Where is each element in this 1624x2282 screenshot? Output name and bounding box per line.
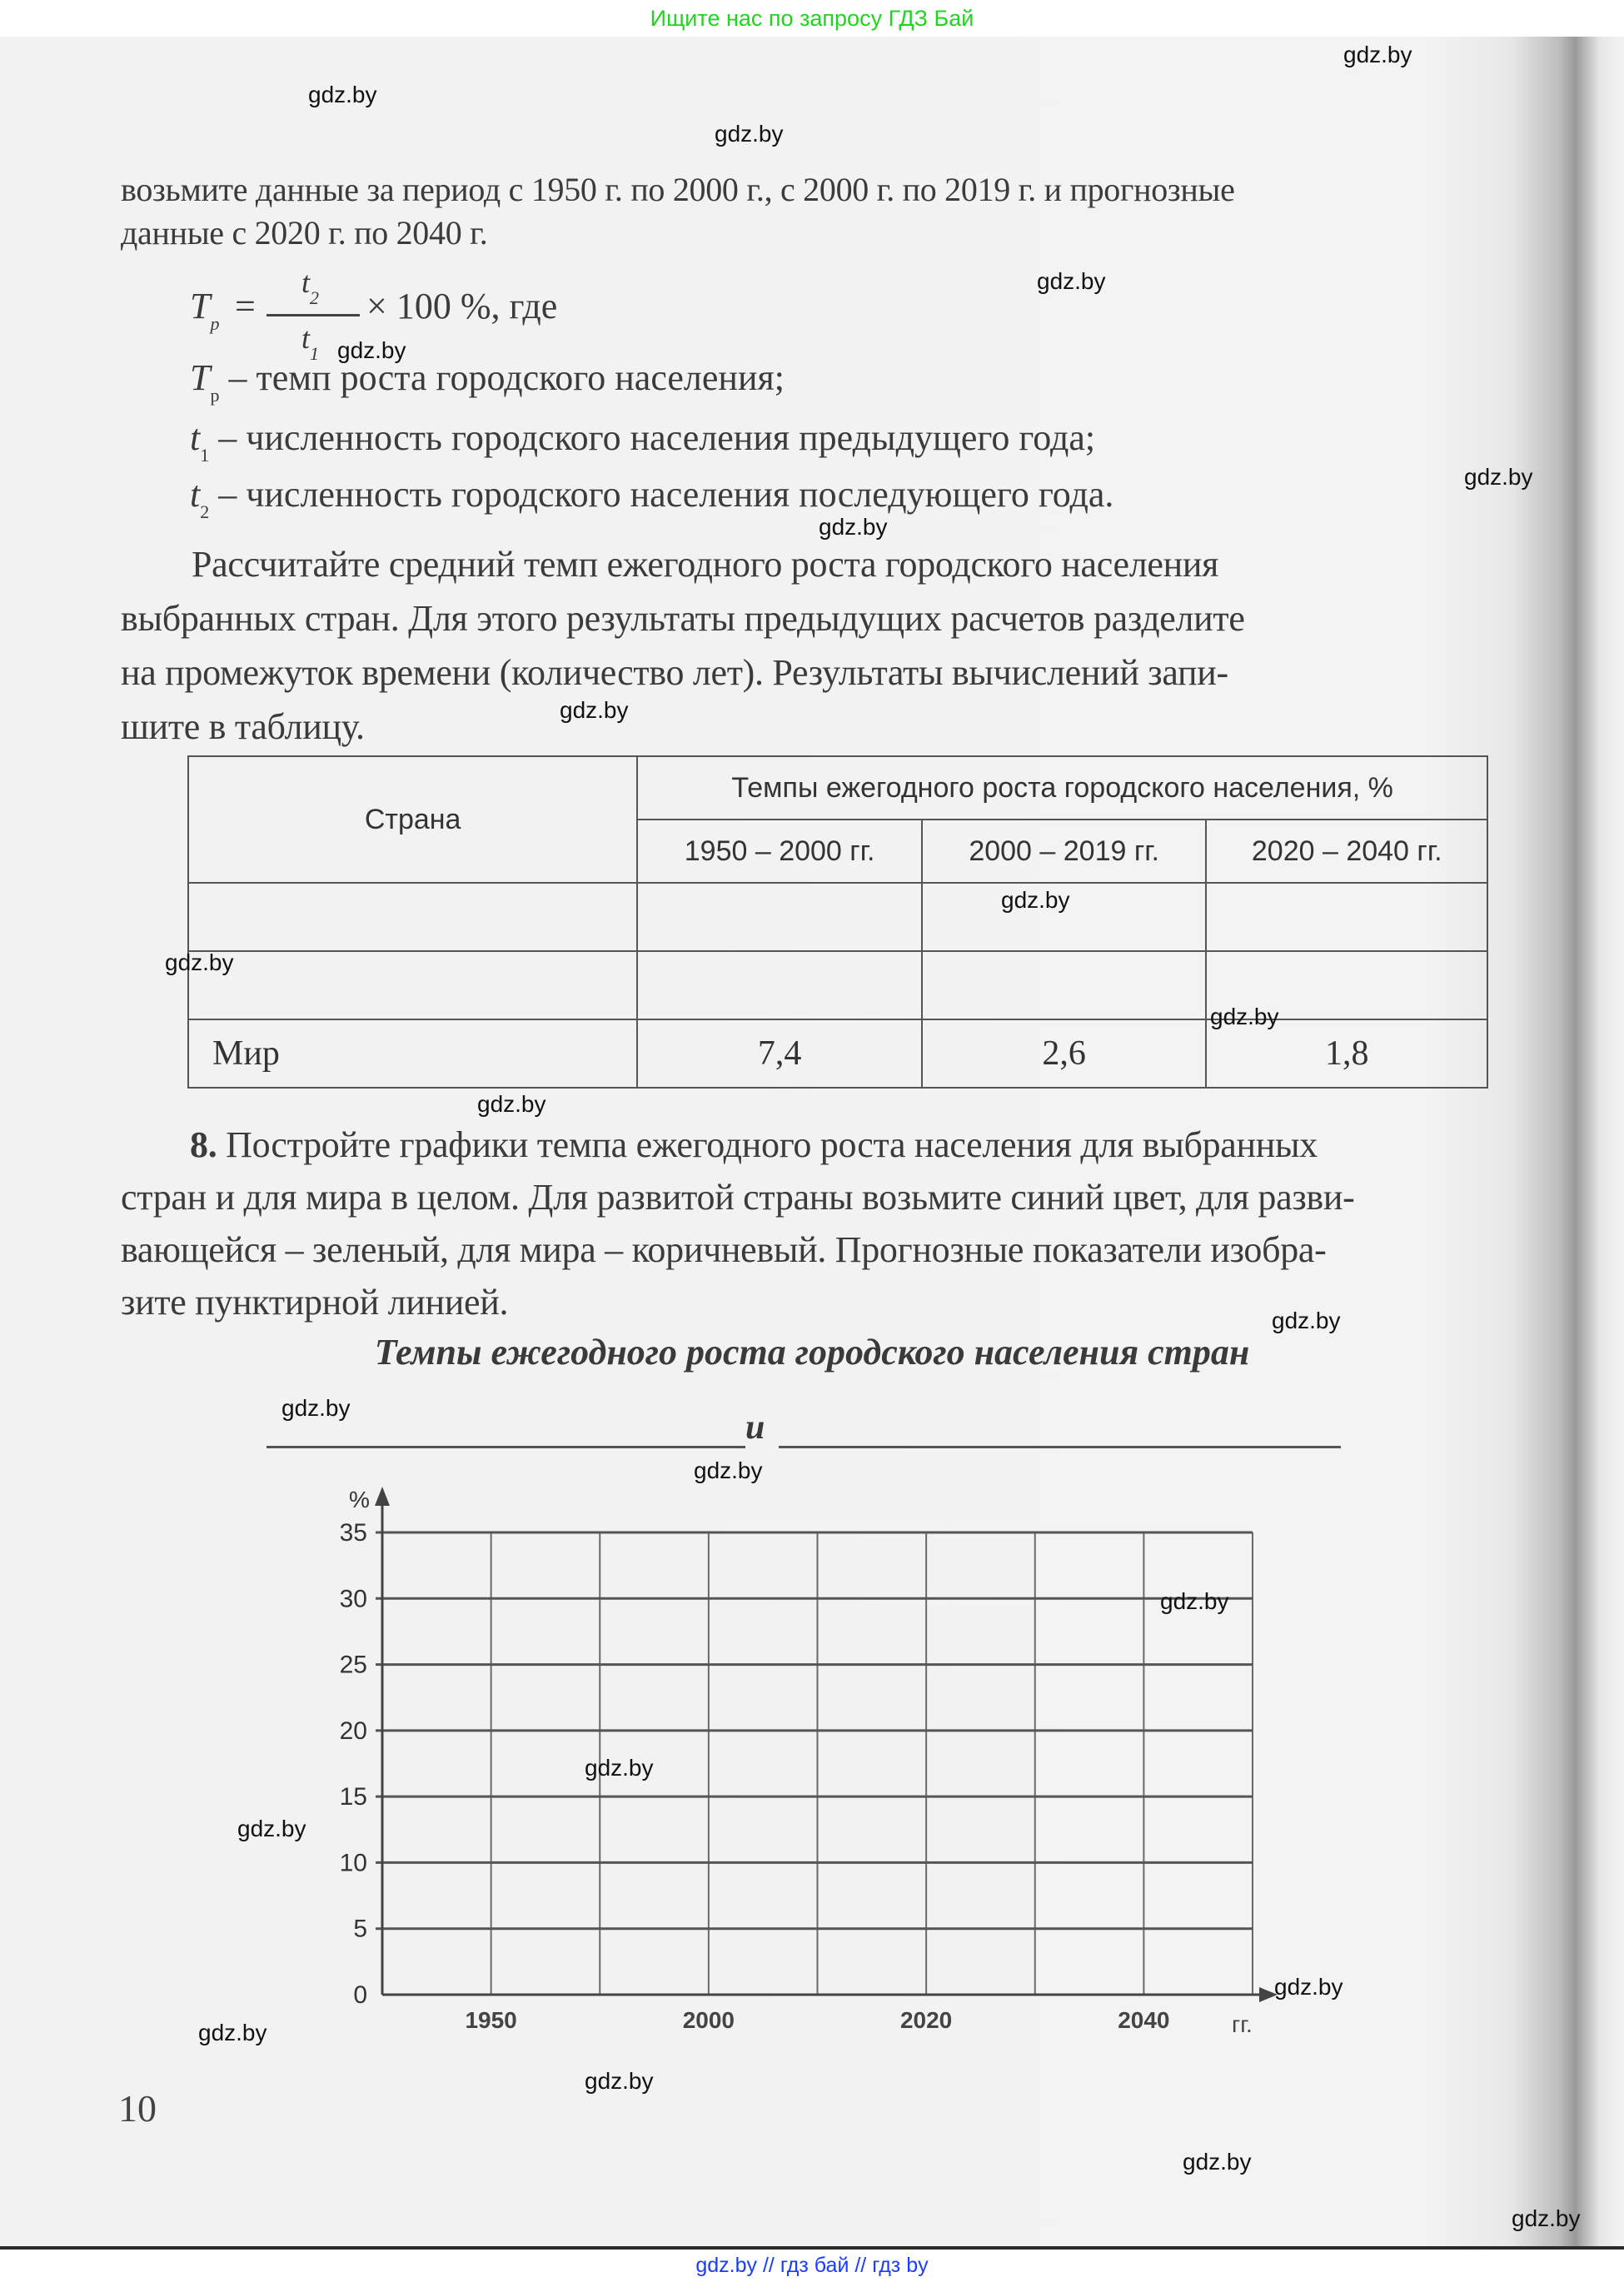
watermark: gdz.by (1272, 1308, 1341, 1334)
footer-links: gdz.by // гдз бай // гдз by (0, 2250, 1624, 2282)
y-axis-label: % (349, 1487, 370, 1512)
watermark: gdz.by (819, 514, 888, 541)
watermark: gdz.by (1210, 1004, 1279, 1030)
watermark: gdz.by (337, 337, 406, 364)
x-tick-label: 1950 (465, 2007, 516, 2033)
watermark: gdz.by (237, 1816, 306, 1842)
watermark: gdz.by (1512, 2205, 1581, 2232)
watermark: gdz.by (585, 1755, 654, 1781)
y-tick-label: 35 (340, 1519, 367, 1547)
y-axis-arrow-icon (375, 1487, 390, 1506)
page-number: 10 (118, 2086, 157, 2130)
watermark: gdz.by (165, 949, 234, 976)
watermark: gdz.by (1343, 42, 1412, 68)
watermark: gdz.by (1274, 1974, 1343, 2000)
watermark: gdz.by (198, 2020, 267, 2046)
y-tick-label: 25 (340, 1652, 367, 1679)
watermark: gdz.by (1037, 268, 1106, 295)
x-axis-label: гг. (1232, 2011, 1253, 2037)
watermark: gdz.by (1160, 1588, 1229, 1615)
y-tick-label: 15 (340, 1783, 367, 1811)
watermark: gdz.by (1183, 2149, 1252, 2175)
x-tick-label: 2020 (900, 2007, 952, 2033)
x-tick-label: 2040 (1118, 2007, 1169, 2033)
watermark: gdz.by (1464, 464, 1533, 491)
x-tick-label: 2000 (683, 2007, 735, 2033)
watermark: gdz.by (694, 1457, 763, 1484)
y-tick-label: 10 (340, 1849, 367, 1876)
watermark: gdz.by (715, 121, 784, 147)
watermark: gdz.by (585, 2068, 654, 2095)
watermark: gdz.by (281, 1395, 351, 1422)
watermark: gdz.by (477, 1091, 546, 1118)
y-tick-label: 20 (340, 1717, 367, 1745)
y-tick-label: 5 (353, 1916, 367, 1943)
watermark: gdz.by (560, 697, 629, 724)
y-tick-label: 0 (353, 1981, 367, 2009)
growth-chart: 05101520253035%1950200020202040гг. (0, 0, 1624, 2282)
y-tick-label: 30 (340, 1585, 367, 1612)
watermark: gdz.by (308, 82, 377, 108)
watermark: gdz.by (1001, 887, 1070, 914)
